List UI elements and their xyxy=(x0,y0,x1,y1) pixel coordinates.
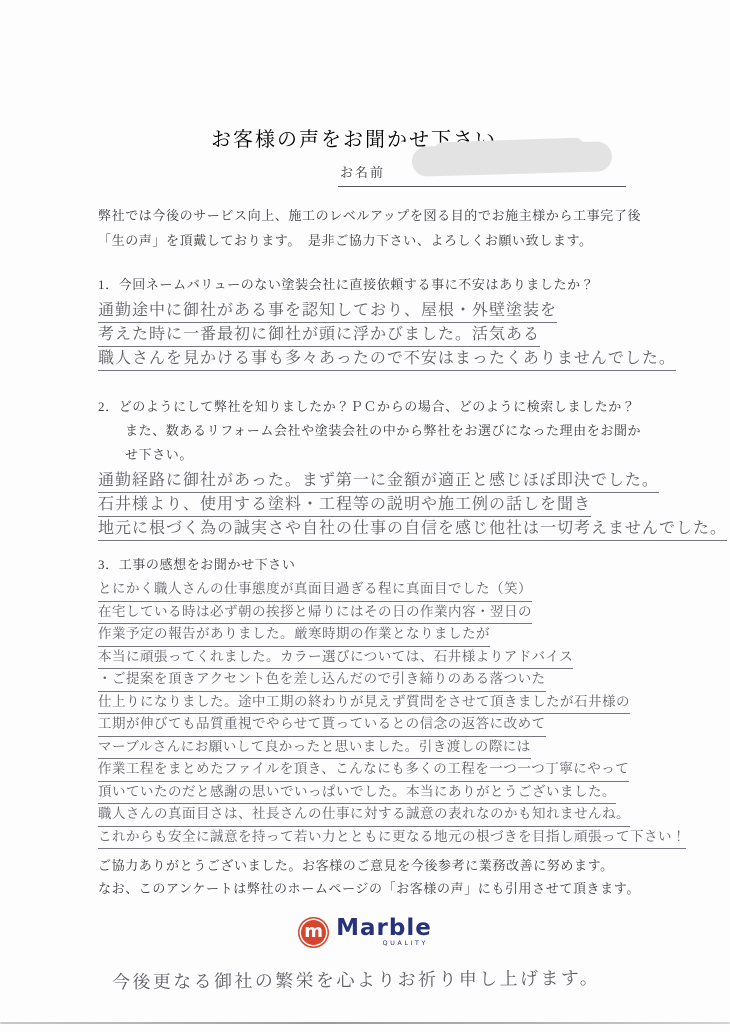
handwritten-answer-line: 通勤経路に御社があった。まず第一に金額が適正と感じほぼ即決でした。 xyxy=(98,469,659,493)
question-1-section: 1．今回ネームバリューのない塗装会社に直接依頼する事に不安はありましたか？ 通勤… xyxy=(98,273,632,371)
logo-tagline: QUALITY xyxy=(383,939,428,947)
handwritten-answer-line: これからも安全に誠意を持って若い力とともに更なる地元の根づきを目指し頑張って下さ… xyxy=(98,827,686,850)
handwritten-answer-line: 本当に頑張ってくれました。カラー選びについては、石井様よりアドバイス xyxy=(98,647,573,670)
handwritten-answer-line: 石井様より、使用する塗料・工程等の説明や施工例の話しを聞き xyxy=(98,493,591,517)
handwritten-answer-line: 作業予定の報告がありました。厳寒時期の作業となりましたが xyxy=(98,624,490,647)
handwritten-answer-line: 仕上りになりました。途中工期の終わりが見えず質問をさせて頂きましたが石井様の xyxy=(98,692,630,715)
handwritten-answer-line: ・ご提案を頂きアクセント色を差し込んだので引き締りのある落ついた xyxy=(98,669,546,692)
scanned-questionnaire-page: お客様の声をお聞かせ下さい。 お名前 弊社では今後のサービス向上、施工のレベルア… xyxy=(0,0,730,1032)
handwritten-answer-line: 在宅している時は必ず朝の挨拶と帰りにはその日の作業内容・翌日の xyxy=(98,602,532,625)
handwritten-answer-line: 通勤途中に御社がある事を認知しており、屋根・外壁塗装を xyxy=(98,299,557,323)
handwritten-answer-line: とにかく職人さんの仕事態度が真面目過ぎる程に真面目でした（笑） xyxy=(98,579,532,602)
question-2-answer: 通勤経路に御社があった。まず第一に金額が適正と感じほぼ即決でした。 石井様より、… xyxy=(98,469,632,541)
intro-line: 「生の声」を頂戴しております。 是非ご協力下さい、よろしくお願い致します。 xyxy=(98,228,632,253)
name-field-row: お名前 xyxy=(338,156,626,187)
question-3-section: 3．工事の感想をお聞かせ下さい とにかく職人さんの仕事態度が真面目過ぎる程に真面… xyxy=(98,553,632,849)
handwritten-answer-line: 地元に根づく為の誠実さや自社の仕事の自信を感じ他社は一切考えませんでした。 xyxy=(98,517,727,541)
page-content: お客様の声をお聞かせ下さい。 お名前 弊社では今後のサービス向上、施工のレベルア… xyxy=(98,0,632,992)
handwritten-answer-line: 工期が伸びても品質重視でやらせて貰っているとの信念の返答に改めて xyxy=(98,714,546,737)
question-1-label: 1．今回ネームバリューのない塗装会社に直接依頼する事に不安はありましたか？ xyxy=(98,273,632,297)
intro-paragraph: 弊社では今後のサービス向上、施工のレベルアップを図る目的でお施主様から工事完了後… xyxy=(98,203,632,253)
question-2-label: 2．どのようにして弊社を知りましたか？ＰＣからの場合、どのように検索しましたか？ xyxy=(98,395,632,419)
name-label: お名前 xyxy=(340,160,385,185)
logo-wordmark: Marble QUALITY xyxy=(336,917,432,947)
handwritten-answer-line: 考えた時に一番最初に御社が頭に浮かびました。活気ある xyxy=(98,323,540,347)
scan-bottom-edge xyxy=(0,1022,730,1024)
closing-line: なお、このアンケートは弊社のホームページの「お客様の声」にも引用させて頂きます。 xyxy=(98,877,632,900)
marble-m-icon: m xyxy=(298,917,329,948)
handwritten-answer-line: マーブルさんにお願いして良かったと思いました。引き渡しの際には xyxy=(98,737,531,760)
handwritten-answer-line: 職人さんの真面目さは、社長さんの仕事に対する誠意の表れなのかも知れませんね。 xyxy=(98,804,630,827)
handwritten-thanks-note: 今後更なる御社の繁栄を心よりお祈り申し上げます。 xyxy=(112,964,632,995)
question-2-label: また、数あるリフォーム会社や塗装会社の中から弊社をお選びになった理由をお聞か xyxy=(98,419,632,443)
question-2-label: せ下さい。 xyxy=(98,443,632,467)
question-3-answer: とにかく職人さんの仕事態度が真面目過ぎる程に真面目でした（笑） 在宅している時は… xyxy=(98,579,632,849)
company-logo: m Marble QUALITY xyxy=(98,912,632,952)
handwritten-answer-line: 作業工程をまとめたファイルを頂き、こんなにも多くの工程を一つ一つ丁寧にやって xyxy=(98,759,629,782)
question-1-answer: 通勤途中に御社がある事を認知しており、屋根・外壁塗装を 考えた時に一番最初に御社… xyxy=(98,299,632,371)
closing-paragraph: ご協力ありがとうございました。お客様のご意見を今後参考に業務改善に努めます。 な… xyxy=(98,854,632,900)
intro-line: 弊社では今後のサービス向上、施工のレベルアップを図る目的でお施主様から工事完了後 xyxy=(98,203,632,228)
handwritten-answer-line: 職人さんを見かける事も多々あったので不安はまったくありませんでした。 xyxy=(98,347,676,371)
logo-text: Marble xyxy=(336,917,432,939)
closing-line: ご協力ありがとうございました。お客様のご意見を今後参考に業務改善に努めます。 xyxy=(98,854,632,877)
question-2-section: 2．どのようにして弊社を知りましたか？ＰＣからの場合、どのように検索しましたか？… xyxy=(98,395,632,541)
handwritten-answer-line: 頂いていたのだと感謝の思いでいっぱいでした。本当にありがとうございました。 xyxy=(98,782,616,805)
question-3-label: 3．工事の感想をお聞かせ下さい xyxy=(98,553,632,577)
